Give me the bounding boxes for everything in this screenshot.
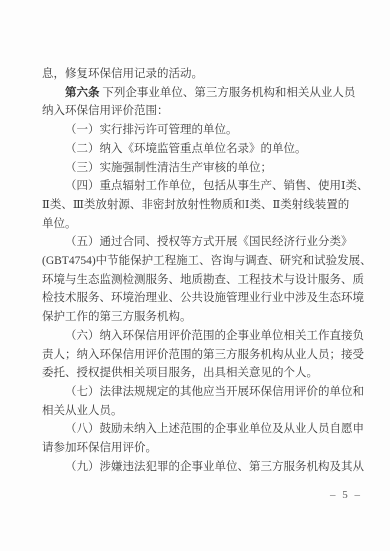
document-body: 息，修复环保信用记录的活动。第六条 下列企事业单位、第三方服务机构和相关从业人员…	[42, 65, 354, 476]
page-number: – 5 –	[316, 489, 376, 501]
text-line: （五）通过合同、授权等方式开展《国民经济行业分类》	[42, 233, 354, 252]
text-line: 检技术服务、环境治理业、公共设施管理业行业中涉及生态环境	[42, 289, 354, 308]
text-line: （六）纳入环保信用评价范围的企事业单位相关工作直接负	[42, 327, 354, 346]
line-text: 责人；纳入环保信用评价范围的第三方服务机构从业人员；接受	[42, 349, 364, 361]
bold-term: 第六条	[65, 87, 100, 99]
line-text: （五）通过合同、授权等方式开展《国民经济行业分类》	[65, 236, 353, 248]
document-page: 息，修复环保信用记录的活动。第六条 下列企事业单位、第三方服务机构和相关从业人员…	[0, 0, 390, 551]
text-line: 委托、授权提供相关项目服务，出具相关意见的个人。	[42, 364, 354, 383]
text-line: 请参加环保信用评价。	[42, 439, 354, 458]
line-text: （六）纳入环保信用评价范围的企事业单位相关工作直接负	[65, 330, 364, 342]
line-text: 单位。	[42, 218, 77, 230]
text-line: （四）重点辐射工作单位，包括从事生产、销售、使用Ⅰ类、	[42, 177, 354, 196]
line-text: （九）涉嫌违法犯罪的企事业单位、第三方服务机构及其从	[65, 461, 364, 473]
line-text: 检技术服务、环境治理业、公共设施管理业行业中涉及生态环境	[42, 292, 364, 304]
text-line: （九）涉嫌违法犯罪的企事业单位、第三方服务机构及其从	[42, 458, 354, 477]
line-text: (GBT4754)中节能保护工程施工、咨询与调查、研究和试验发展、	[42, 255, 372, 267]
line-text: （一）实行排污许可管理的单位。	[65, 124, 238, 136]
line-text: 下列企事业单位、第三方服务机构和相关从业人员	[100, 87, 356, 99]
line-text: 委托、授权提供相关项目服务，出具相关意见的个人。	[42, 367, 318, 379]
text-line: （一）实行排污许可管理的单位。	[42, 121, 354, 140]
line-text: Ⅱ类、Ⅲ类放射源、非密封放射性物质和Ⅰ类、Ⅱ类射线装置的	[42, 199, 349, 211]
text-line: 相关从业人员。	[42, 402, 354, 421]
text-line: Ⅱ类、Ⅲ类放射源、非密封放射性物质和Ⅰ类、Ⅱ类射线装置的	[42, 196, 354, 215]
line-text: 请参加环保信用评价。	[42, 442, 157, 454]
text-line: （二）纳入《环境监管重点单位名录》的单位。	[42, 140, 354, 159]
line-text: （二）纳入《环境监管重点单位名录》的单位。	[65, 143, 307, 155]
text-line: （三）实施强制性清洁生产审核的单位；	[42, 159, 354, 178]
line-text: （三）实施强制性清洁生产审核的单位；	[65, 162, 272, 174]
line-text: 息，修复环保信用记录的活动。	[42, 68, 203, 80]
text-line: 息，修复环保信用记录的活动。	[42, 65, 354, 84]
text-line: 环境与生态监测检测服务、地质勘查、工程技术与设计服务、质	[42, 271, 354, 290]
text-line: （七）法律法规规定的其他应当开展环保信用评价的单位和	[42, 383, 354, 402]
line-text: 相关从业人员。	[42, 405, 123, 417]
line-text: 纳入环保信用评价范围：	[42, 105, 169, 117]
text-line: 单位。	[42, 215, 354, 234]
text-line: 纳入环保信用评价范围：	[42, 102, 354, 121]
line-text: 保护工作的第三方服务机构。	[42, 311, 192, 323]
line-text: 环境与生态监测检测服务、地质勘查、工程技术与设计服务、质	[42, 274, 364, 286]
line-text: （八）鼓励未纳入上述范围的企事业单位及从业人员自愿申	[65, 423, 364, 435]
line-text: （七）法律法规规定的其他应当开展环保信用评价的单位和	[65, 386, 364, 398]
text-line: 第六条 下列企事业单位、第三方服务机构和相关从业人员	[42, 84, 354, 103]
text-line: 保护工作的第三方服务机构。	[42, 308, 354, 327]
line-text: （四）重点辐射工作单位，包括从事生产、销售、使用Ⅰ类、	[65, 180, 369, 192]
text-line: (GBT4754)中节能保护工程施工、咨询与调查、研究和试验发展、	[42, 252, 354, 271]
text-line: 责人；纳入环保信用评价范围的第三方服务机构从业人员；接受	[42, 346, 354, 365]
text-line: （八）鼓励未纳入上述范围的企事业单位及从业人员自愿申	[42, 420, 354, 439]
